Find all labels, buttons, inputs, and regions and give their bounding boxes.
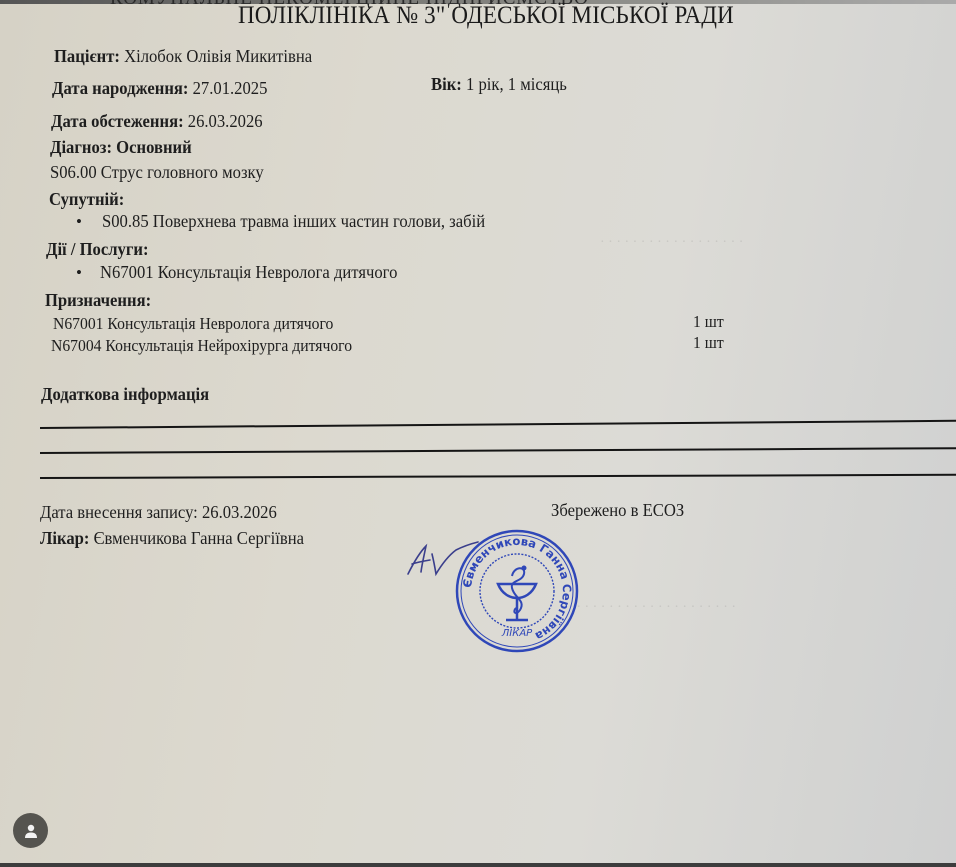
ehealth-saved-status: Збережено в ЕСОЗ xyxy=(551,500,684,521)
prescriptions-label: Призначення: xyxy=(45,290,151,311)
exam-date-row: Дата обстеження: 26.03.2026 xyxy=(51,111,263,132)
photo-bottom-edge xyxy=(0,863,956,867)
additional-info-label: Додаткова інформація xyxy=(41,384,209,405)
person-icon xyxy=(23,823,39,839)
doctor-label: Лікар: xyxy=(40,528,89,548)
doctor-row: Лікар: Євменчикова Ганна Сергіївна xyxy=(40,528,304,549)
patient-name-value: Хілобок Олівія Микитівна xyxy=(124,46,312,66)
additional-info-line xyxy=(40,420,956,429)
additional-info-line xyxy=(40,474,956,479)
doctor-stamp-icon: Євменчикова Ганна Сергіївна ЛІКАР xyxy=(454,528,580,654)
exam-date-label: Дата обстеження: xyxy=(51,111,184,131)
age-label: Вік: xyxy=(431,74,462,94)
document-title: ПОЛІКЛІНІКА № 3" ОДЕСЬКОЇ МІСЬКОЇ РАДИ xyxy=(238,2,734,30)
entry-date-row: Дата внесення запису: 26.03.2026 xyxy=(40,502,277,523)
exam-date-value: 26.03.2026 xyxy=(188,111,263,131)
patient-name-label: Пацієнт: xyxy=(54,46,120,66)
secondary-diagnosis-item: S00.85 Поверхнева травма інших частин го… xyxy=(102,211,485,232)
prescription-item-name: N67001 Консультація Невролога дитячого xyxy=(53,314,333,334)
bleed-through-text: · · · · · · · · · · · · · · · · · · xyxy=(600,235,743,251)
doctor-value: Євменчикова Ганна Сергіївна xyxy=(94,528,304,548)
age-value: 1 рік, 1 місяць xyxy=(466,74,567,94)
age-row: Вік: 1 рік, 1 місяць xyxy=(431,74,567,95)
secondary-diagnosis-label: Супутній: xyxy=(49,189,124,210)
birth-date-label: Дата народження: xyxy=(52,78,188,98)
prescription-item-qty: 1 шт xyxy=(693,312,724,332)
stamp-bottom-text: ЛІКАР xyxy=(501,628,533,639)
prescription-item-qty: 1 шт xyxy=(693,333,724,353)
services-label: Дії / Послуги: xyxy=(46,239,149,260)
birth-date-row: Дата народження: 27.01.2025 xyxy=(52,78,267,99)
bullet-icon: • xyxy=(76,212,82,232)
prescription-item-name: N67004 Консультація Нейрохірурга дитячог… xyxy=(51,336,352,356)
diagnosis-main: S06.00 Струс головного мозку xyxy=(50,162,264,183)
diagnosis-label: Діагноз: Основний xyxy=(50,137,192,158)
bullet-icon: • xyxy=(76,263,82,283)
entry-date-label: Дата внесення запису: xyxy=(40,502,198,522)
additional-info-line xyxy=(40,447,956,454)
service-item: N67001 Консультація Невролога дитячого xyxy=(100,262,397,283)
birth-date-value: 27.01.2025 xyxy=(193,78,268,98)
patient-name-row: Пацієнт: Хілобок Олівія Микитівна xyxy=(54,46,312,67)
user-tag-button[interactable] xyxy=(13,813,48,848)
bleed-through-text: · · · · · · · · · · · · · · · · · · · · … xyxy=(560,600,736,616)
entry-date-value: 26.03.2026 xyxy=(202,502,277,522)
